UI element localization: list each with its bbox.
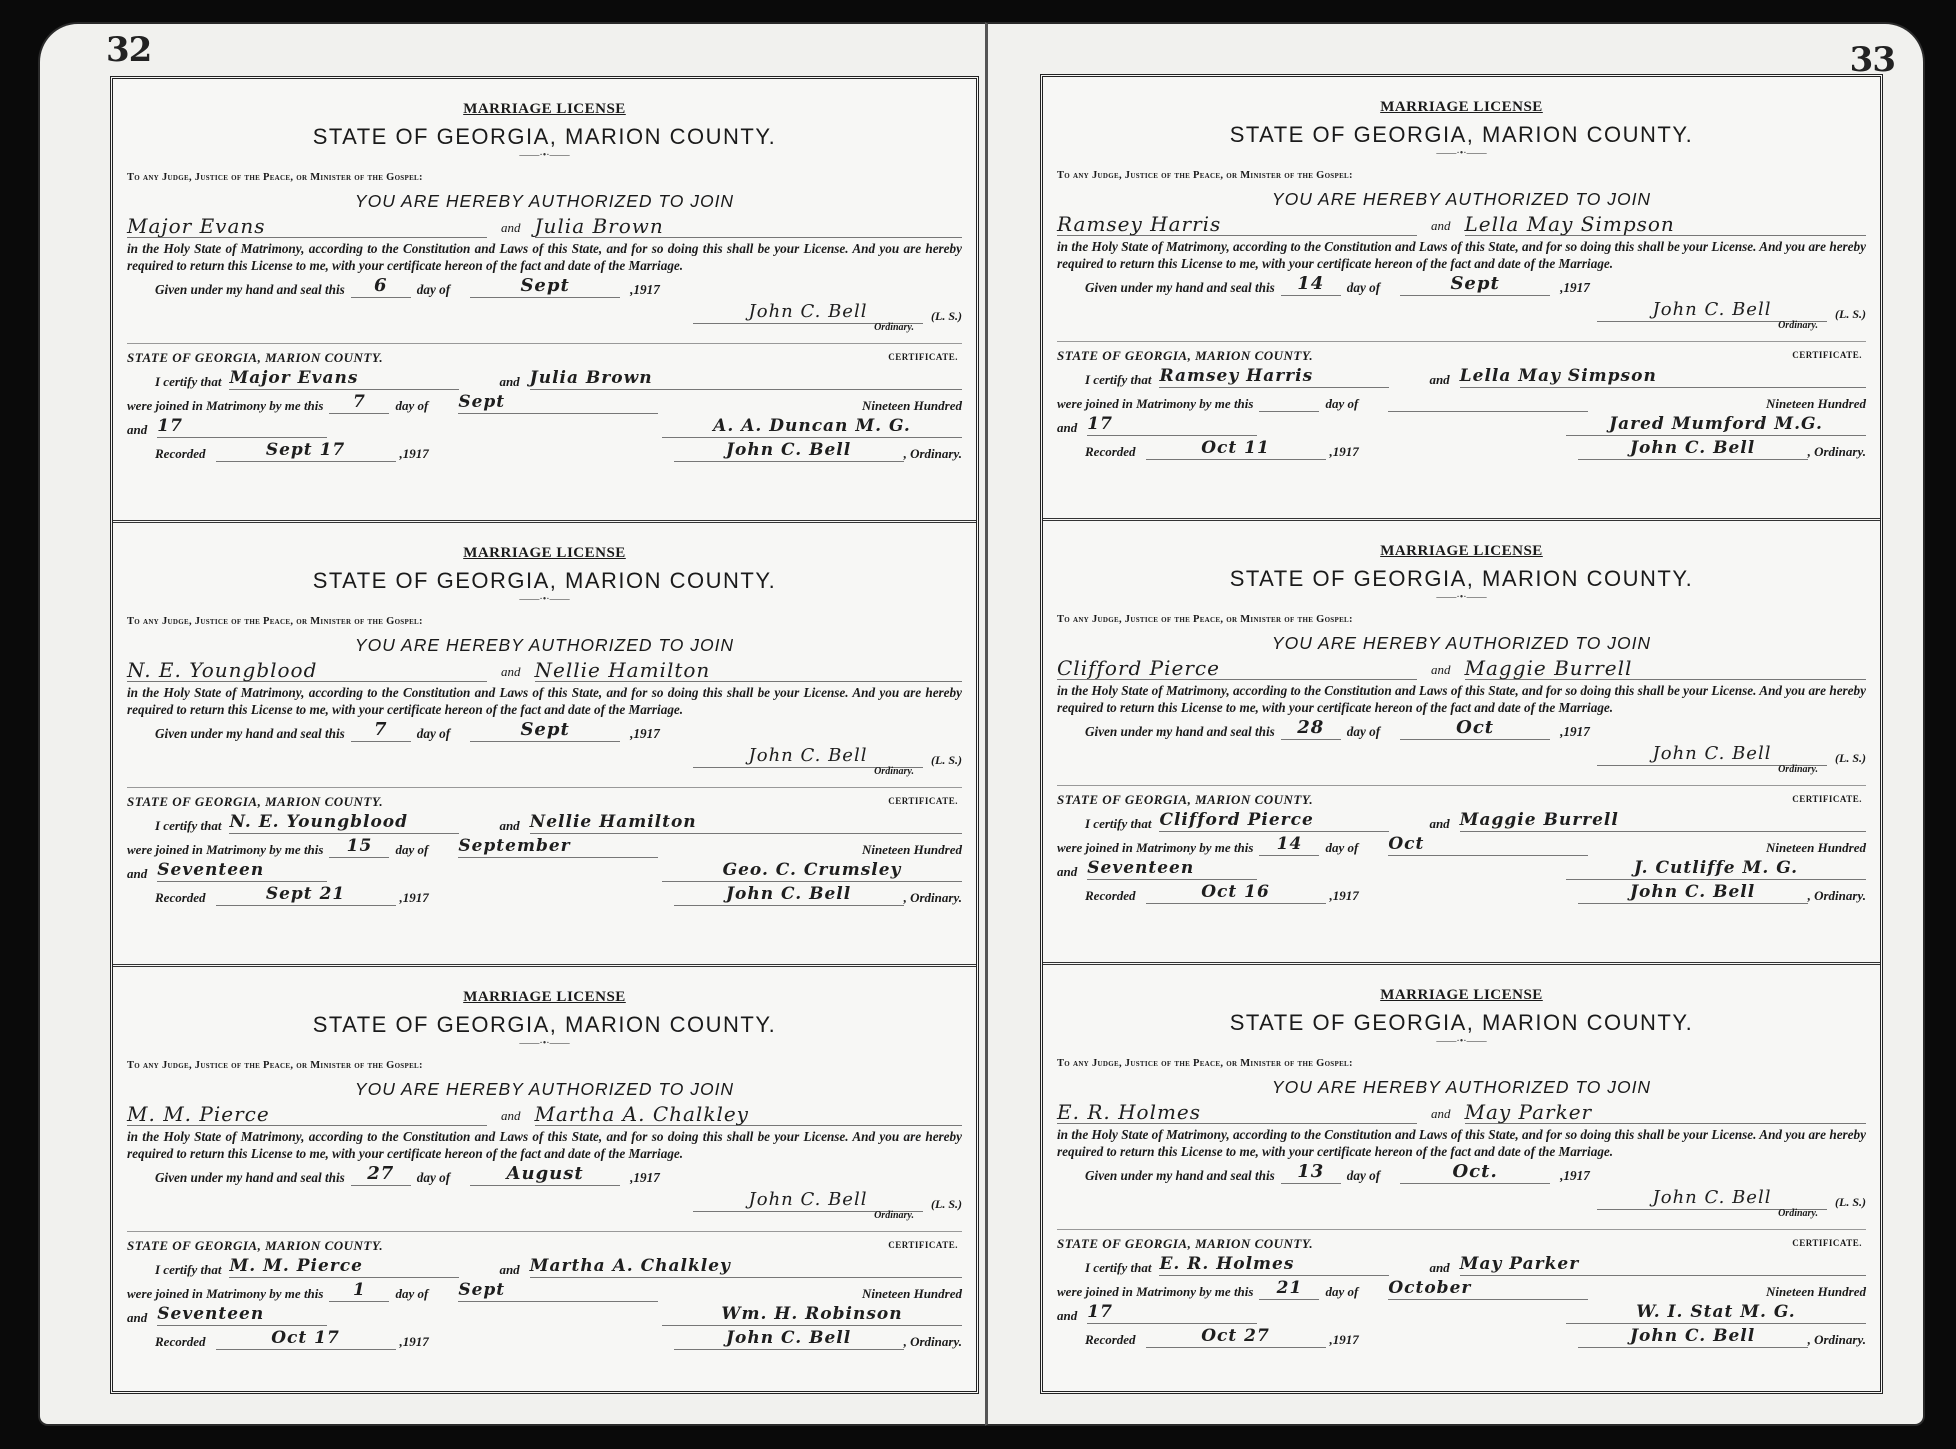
joined-label: were joined in Matrimony by me this [127,1286,323,1302]
year-suffix: Seventeen [157,859,327,882]
seal-label: (L. S.) [1835,1195,1866,1210]
certificate-label: CERTIFICATE. [1792,794,1862,804]
ornament-divider: ——·•·—— [127,150,962,162]
issuer-signature: John C. Bell [1597,743,1827,766]
cert-and-label: and [499,1262,519,1278]
year-officiant-row: and Seventeen Geo. C. Crumsley [127,858,962,882]
recorded-label: Recorded [155,1334,206,1350]
given-day: 6 [351,275,411,298]
officiant-signature: A. A. Duncan M. G. [662,415,962,438]
married-month: Oct [1388,833,1588,856]
given-row: Given under my hand and seal this 6 day … [155,274,962,298]
certificate-section: STATE OF GEORGIA, MARION COUNTY. CERTIFI… [127,343,962,462]
year-officiant-row: and 17 W. I. Stat M. G. [1057,1300,1866,1324]
married-month: October [1388,1277,1588,1300]
recorded-ordinary-label: , Ordinary. [1808,888,1866,904]
ornament-divider: ——·•·—— [127,594,962,606]
recorded-label: Recorded [1085,1332,1136,1348]
license-state: STATE OF GEORGIA, MARION COUNTY. [127,568,962,594]
addressee-line: To any Judge, Justice of the Peace, or M… [127,172,962,183]
issuer-signature: John C. Bell [693,301,923,324]
year-and-label: and [1057,420,1077,436]
given-month: Oct [1400,717,1550,740]
authorized-heading: YOU ARE HEREBY AUTHORIZED TO JOIN [127,635,962,656]
recorded-row: Recorded Oct 27 ,1917 John C. Bell , Ord… [1085,1324,1866,1348]
given-day: 28 [1281,717,1341,740]
certify-row: I certify that N. E. Youngblood and Nell… [155,810,962,834]
recorded-ordinary-label: , Ordinary. [904,1334,962,1350]
married-month: September [458,835,658,858]
cert-day-of-label: day of [395,842,428,858]
cert-and-label: and [499,374,519,390]
names-row: M. M. Pierce and Martha A. Chalkley [127,1100,962,1126]
officiant-signature: Wm. H. Robinson [662,1303,962,1326]
recorded-row: Recorded Oct 16 ,1917 John C. Bell , Ord… [1085,880,1866,904]
year-officiant-row: and 17 A. A. Duncan M. G. [127,414,962,438]
certificate-section: STATE OF GEORGIA, MARION COUNTY. CERTIFI… [127,1231,962,1350]
joined-label: were joined in Matrimony by me this [1057,396,1253,412]
right-page: 33 MARRIAGE LICENSE STATE OF GEORGIA, MA… [985,22,1925,1426]
license-body: in the Holy State of Matrimony, accordin… [127,684,962,718]
cert-day-of-label: day of [395,398,428,414]
addressee-line: To any Judge, Justice of the Peace, or M… [127,1060,962,1071]
addressee-line: To any Judge, Justice of the Peace, or M… [1057,170,1866,181]
license-title: MARRIAGE LICENSE [1057,521,1866,560]
authorized-heading: YOU ARE HEREBY AUTHORIZED TO JOIN [1057,1077,1866,1098]
married-day: 14 [1259,833,1319,856]
seal-label: (L. S.) [931,753,962,768]
cert-day-of-label: day of [395,1286,428,1302]
cert-groom-name: Ramsey Harris [1159,365,1389,388]
cert-groom-name: Clifford Pierce [1159,809,1389,832]
recorder-signature: John C. Bell [1578,881,1808,904]
married-month: Sept [458,391,658,414]
recorded-row: Recorded Sept 17 ,1917 John C. Bell , Or… [155,438,962,462]
cert-bride-name: May Parker [1460,1253,1866,1276]
marriage-license: MARRIAGE LICENSE STATE OF GEORGIA, MARIO… [113,967,976,1411]
cert-groom-name: Major Evans [229,367,459,390]
bride-name: Martha A. Chalkley [535,1103,963,1126]
license-state: STATE OF GEORGIA, MARION COUNTY. [1057,1010,1866,1036]
certificate-state: STATE OF GEORGIA, MARION COUNTY. [127,1238,962,1254]
recorder-signature: John C. Bell [674,883,904,906]
year-suffix: 17 [157,415,327,438]
given-row: Given under my hand and seal this 27 day… [155,1162,962,1186]
recorded-label: Recorded [1085,888,1136,904]
cert-bride-name: Maggie Burrell [1460,809,1866,832]
certificate-label: CERTIFICATE. [888,352,958,362]
seal-label: (L. S.) [931,1197,962,1212]
issuer-signature-row: John C. Bell (L. S.) [1057,740,1866,766]
year-and-label: and [1057,1308,1077,1324]
license-state: STATE OF GEORGIA, MARION COUNTY. [127,124,962,150]
cert-bride-name: Nellie Hamilton [530,811,962,834]
and-label: and [501,1108,521,1124]
ornament-divider: ——·•·—— [127,1038,962,1050]
groom-name: Ramsey Harris [1057,213,1417,236]
names-row: Major Evans and Julia Brown [127,212,962,238]
given-year: ,1917 [630,282,660,298]
issuer-signature: John C. Bell [1597,299,1827,322]
recorded-date: Sept 17 [216,439,396,462]
authorized-heading: YOU ARE HEREBY AUTHORIZED TO JOIN [1057,189,1866,210]
seal-label: (L. S.) [1835,307,1866,322]
certificate-state: STATE OF GEORGIA, MARION COUNTY. [1057,348,1866,364]
year-and-label: and [127,866,147,882]
license-title: MARRIAGE LICENSE [127,523,962,562]
ornament-divider: ——·•·—— [1057,148,1866,160]
cert-and-label: and [1429,816,1449,832]
cert-bride-name: Lella May Simpson [1460,365,1866,388]
joined-row: were joined in Matrimony by me this 15 d… [127,834,962,858]
license-body: in the Holy State of Matrimony, accordin… [127,1128,962,1162]
officiant-signature: J. Cutliffe M. G. [1566,857,1866,880]
groom-name: M. M. Pierce [127,1103,487,1126]
officiant-signature: Jared Mumford M.G. [1566,413,1866,436]
given-month: Sept [1400,273,1550,296]
recorded-row: Recorded Oct 17 ,1917 John C. Bell , Ord… [155,1326,962,1350]
issuer-signature-row: John C. Bell (L. S.) [127,298,962,324]
marriage-license: MARRIAGE LICENSE STATE OF GEORGIA, MARIO… [1043,965,1880,1409]
recorded-row: Recorded Sept 21 ,1917 John C. Bell , Or… [155,882,962,906]
joined-row: were joined in Matrimony by me this day … [1057,388,1866,412]
license-title: MARRIAGE LICENSE [127,79,962,118]
given-day: 14 [1281,273,1341,296]
license-state: STATE OF GEORGIA, MARION COUNTY. [1057,122,1866,148]
day-of-label: day of [1347,280,1380,296]
married-day: 7 [329,391,389,414]
issuer-signature: John C. Bell [1597,1187,1827,1210]
recorded-ordinary-label: , Ordinary. [904,890,962,906]
recorder-signature: John C. Bell [674,439,904,462]
recorder-signature: John C. Bell [1578,437,1808,460]
license-frame-right: MARRIAGE LICENSE STATE OF GEORGIA, MARIO… [1040,74,1883,1394]
year-officiant-row: and 17 Jared Mumford M.G. [1057,412,1866,436]
recorded-ordinary-label: , Ordinary. [1808,1332,1866,1348]
bride-name: May Parker [1465,1101,1867,1124]
given-label: Given under my hand and seal this [1085,724,1275,740]
married-month [1388,411,1588,412]
cert-day-of-label: day of [1325,396,1358,412]
day-of-label: day of [1347,1168,1380,1184]
certificate-state: STATE OF GEORGIA, MARION COUNTY. [1057,792,1866,808]
certify-label: I certify that [1085,816,1151,832]
recorded-year: ,1917 [400,446,429,462]
names-row: N. E. Youngblood and Nellie Hamilton [127,656,962,682]
married-day: 1 [329,1279,389,1302]
given-row: Given under my hand and seal this 13 day… [1085,1160,1866,1184]
groom-name: Clifford Pierce [1057,657,1417,680]
recorded-year: ,1917 [1330,1332,1359,1348]
given-row: Given under my hand and seal this 28 day… [1085,716,1866,740]
certificate-state: STATE OF GEORGIA, MARION COUNTY. [1057,1236,1866,1252]
nineteen-hundred-label: Nineteen Hundred [1766,840,1866,856]
year-officiant-row: and Seventeen Wm. H. Robinson [127,1302,962,1326]
married-day [1259,411,1319,412]
certify-row: I certify that Major Evans and Julia Bro… [155,366,962,390]
cert-groom-name: N. E. Youngblood [229,811,459,834]
groom-name: N. E. Youngblood [127,659,487,682]
year-and-label: and [1057,864,1077,880]
certificate-label: CERTIFICATE. [1792,1238,1862,1248]
year-suffix: 17 [1087,413,1257,436]
authorized-heading: YOU ARE HEREBY AUTHORIZED TO JOIN [1057,633,1866,654]
married-day: 15 [329,835,389,858]
and-label: and [1431,1106,1451,1122]
given-year: ,1917 [1560,1168,1590,1184]
and-label: and [1431,662,1451,678]
cert-day-of-label: day of [1325,840,1358,856]
recorded-year: ,1917 [1330,444,1359,460]
year-suffix: 17 [1087,1301,1257,1324]
license-state: STATE OF GEORGIA, MARION COUNTY. [1057,566,1866,592]
certify-label: I certify that [1085,372,1151,388]
certificate-state: STATE OF GEORGIA, MARION COUNTY. [127,350,962,366]
marriage-license: MARRIAGE LICENSE STATE OF GEORGIA, MARIO… [113,79,976,523]
issuer-signature: John C. Bell [693,1189,923,1212]
certificate-section: STATE OF GEORGIA, MARION COUNTY. CERTIFI… [1057,1229,1866,1348]
groom-name: E. R. Holmes [1057,1101,1417,1124]
recorder-signature: John C. Bell [674,1327,904,1350]
issuer-signature-row: John C. Bell (L. S.) [127,742,962,768]
certify-row: I certify that Clifford Pierce and Maggi… [1085,808,1866,832]
names-row: E. R. Holmes and May Parker [1057,1098,1866,1124]
certificate-label: CERTIFICATE. [1792,350,1862,360]
license-title: MARRIAGE LICENSE [1057,965,1866,1004]
joined-label: were joined in Matrimony by me this [1057,1284,1253,1300]
certify-row: I certify that Ramsey Harris and Lella M… [1085,364,1866,388]
given-label: Given under my hand and seal this [155,282,345,298]
officiant-signature: W. I. Stat M. G. [1566,1301,1866,1324]
given-label: Given under my hand and seal this [1085,1168,1275,1184]
certify-label: I certify that [1085,1260,1151,1276]
certificate-section: STATE OF GEORGIA, MARION COUNTY. CERTIFI… [1057,785,1866,904]
year-officiant-row: and Seventeen J. Cutliffe M. G. [1057,856,1866,880]
married-month: Sept [458,1279,658,1302]
year-suffix: Seventeen [157,1303,327,1326]
left-page: 32 MARRIAGE LICENSE STATE OF GEORGIA, MA… [38,22,985,1426]
officiant-signature: Geo. C. Crumsley [662,859,962,882]
addressee-line: To any Judge, Justice of the Peace, or M… [1057,1058,1866,1069]
certificate-label: CERTIFICATE. [888,796,958,806]
year-and-label: and [127,422,147,438]
issuer-signature-row: John C. Bell (L. S.) [1057,296,1866,322]
cert-day-of-label: day of [1325,1284,1358,1300]
groom-name: Major Evans [127,215,487,238]
bride-name: Lella May Simpson [1465,213,1867,236]
recorded-year: ,1917 [400,1334,429,1350]
day-of-label: day of [1347,724,1380,740]
ornament-divider: ——·•·—— [1057,1036,1866,1048]
year-and-label: and [127,1310,147,1326]
cert-and-label: and [1429,372,1449,388]
certificate-section: STATE OF GEORGIA, MARION COUNTY. CERTIFI… [127,787,962,906]
issuer-signature-row: John C. Bell (L. S.) [127,1186,962,1212]
certify-row: I certify that E. R. Holmes and May Park… [1085,1252,1866,1276]
certify-label: I certify that [155,1262,221,1278]
ornament-divider: ——·•·—— [1057,592,1866,604]
license-body: in the Holy State of Matrimony, accordin… [1057,682,1866,716]
and-label: and [501,664,521,680]
joined-row: were joined in Matrimony by me this 14 d… [1057,832,1866,856]
certify-label: I certify that [155,818,221,834]
given-month: Oct. [1400,1161,1550,1184]
given-label: Given under my hand and seal this [1085,280,1275,296]
certificate-state: STATE OF GEORGIA, MARION COUNTY. [127,794,962,810]
recorded-ordinary-label: , Ordinary. [904,446,962,462]
given-day: 27 [351,1163,411,1186]
joined-row: were joined in Matrimony by me this 1 da… [127,1278,962,1302]
and-label: and [501,220,521,236]
nineteen-hundred-label: Nineteen Hundred [1766,396,1866,412]
names-row: Ramsey Harris and Lella May Simpson [1057,210,1866,236]
married-day: 21 [1259,1277,1319,1300]
license-body: in the Holy State of Matrimony, accordin… [127,240,962,274]
given-row: Given under my hand and seal this 14 day… [1085,272,1866,296]
authorized-heading: YOU ARE HEREBY AUTHORIZED TO JOIN [127,1079,962,1100]
license-state: STATE OF GEORGIA, MARION COUNTY. [127,1012,962,1038]
marriage-license: MARRIAGE LICENSE STATE OF GEORGIA, MARIO… [1043,77,1880,521]
given-day: 13 [1281,1161,1341,1184]
recorded-date: Sept 21 [216,883,396,906]
recorded-date: Oct 27 [1146,1325,1326,1348]
cert-and-label: and [499,818,519,834]
license-body: in the Holy State of Matrimony, accordin… [1057,238,1866,272]
recorded-label: Recorded [155,890,206,906]
and-label: and [1431,218,1451,234]
given-day: 7 [351,719,411,742]
seal-label: (L. S.) [931,309,962,324]
given-month: Sept [470,719,620,742]
addressee-line: To any Judge, Justice of the Peace, or M… [1057,614,1866,625]
certificate-label: CERTIFICATE. [888,1240,958,1250]
recorder-signature: John C. Bell [1578,1325,1808,1348]
joined-label: were joined in Matrimony by me this [1057,840,1253,856]
joined-row: were joined in Matrimony by me this 21 d… [1057,1276,1866,1300]
nineteen-hundred-label: Nineteen Hundred [862,842,962,858]
recorded-label: Recorded [1085,444,1136,460]
given-year: ,1917 [630,726,660,742]
joined-label: were joined in Matrimony by me this [127,398,323,414]
authorized-heading: YOU ARE HEREBY AUTHORIZED TO JOIN [127,191,962,212]
year-suffix: Seventeen [1087,857,1257,880]
recorded-ordinary-label: , Ordinary. [1808,444,1866,460]
issuer-signature: John C. Bell [693,745,923,768]
recorded-date: Oct 11 [1146,437,1326,460]
joined-label: were joined in Matrimony by me this [127,842,323,858]
given-label: Given under my hand and seal this [155,1170,345,1186]
cert-and-label: and [1429,1260,1449,1276]
cert-groom-name: M. M. Pierce [229,1255,459,1278]
day-of-label: day of [417,1170,450,1186]
nineteen-hundred-label: Nineteen Hundred [1766,1284,1866,1300]
bride-name: Julia Brown [535,215,963,238]
marriage-license: MARRIAGE LICENSE STATE OF GEORGIA, MARIO… [113,523,976,967]
given-month: August [470,1163,620,1186]
seal-label: (L. S.) [1835,751,1866,766]
day-of-label: day of [417,282,450,298]
recorded-year: ,1917 [400,890,429,906]
nineteen-hundred-label: Nineteen Hundred [862,398,962,414]
recorded-date: Oct 16 [1146,881,1326,904]
page-number-left: 32 [106,30,151,70]
given-row: Given under my hand and seal this 7 day … [155,718,962,742]
certify-row: I certify that M. M. Pierce and Martha A… [155,1254,962,1278]
given-month: Sept [470,275,620,298]
given-year: ,1917 [1560,280,1590,296]
cert-bride-name: Martha A. Chalkley [530,1255,962,1278]
joined-row: were joined in Matrimony by me this 7 da… [127,390,962,414]
addressee-line: To any Judge, Justice of the Peace, or M… [127,616,962,627]
issuer-signature-row: John C. Bell (L. S.) [1057,1184,1866,1210]
bride-name: Nellie Hamilton [535,659,963,682]
recorded-row: Recorded Oct 11 ,1917 John C. Bell , Ord… [1085,436,1866,460]
ledger-book: 32 MARRIAGE LICENSE STATE OF GEORGIA, MA… [38,22,1928,1432]
license-frame-left: MARRIAGE LICENSE STATE OF GEORGIA, MARIO… [110,76,979,1394]
certify-label: I certify that [155,374,221,390]
recorded-date: Oct 17 [216,1327,396,1350]
nineteen-hundred-label: Nineteen Hundred [862,1286,962,1302]
cert-bride-name: Julia Brown [530,367,962,390]
day-of-label: day of [417,726,450,742]
license-body: in the Holy State of Matrimony, accordin… [1057,1126,1866,1160]
recorded-year: ,1917 [1330,888,1359,904]
certificate-section: STATE OF GEORGIA, MARION COUNTY. CERTIFI… [1057,341,1866,460]
given-label: Given under my hand and seal this [155,726,345,742]
recorded-label: Recorded [155,446,206,462]
marriage-license: MARRIAGE LICENSE STATE OF GEORGIA, MARIO… [1043,521,1880,965]
bride-name: Maggie Burrell [1465,657,1867,680]
license-title: MARRIAGE LICENSE [127,967,962,1006]
names-row: Clifford Pierce and Maggie Burrell [1057,654,1866,680]
cert-groom-name: E. R. Holmes [1159,1253,1389,1276]
given-year: ,1917 [1560,724,1590,740]
license-title: MARRIAGE LICENSE [1057,77,1866,116]
given-year: ,1917 [630,1170,660,1186]
